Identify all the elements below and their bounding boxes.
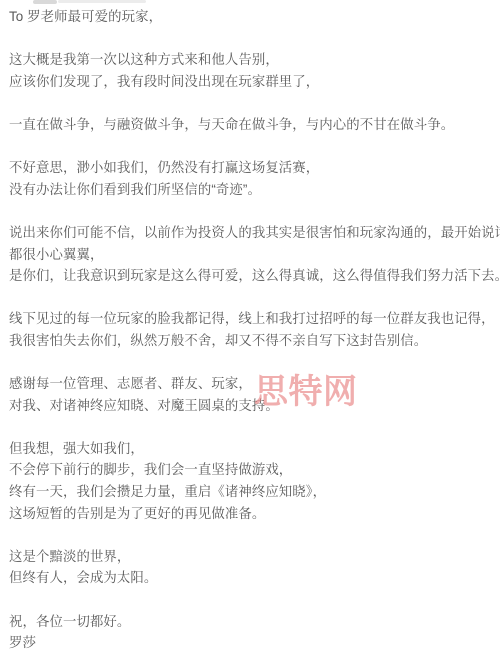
text-line: 终有一天，我们会攒足力量，重启《诸神终应知晓》， bbox=[9, 481, 497, 503]
text-line: 这场短暂的告别是为了更好的再见做准备。 bbox=[9, 503, 497, 525]
paragraph: 祝，各位一切都好。罗莎 bbox=[9, 611, 497, 654]
paragraph: 说出来你们可能不信，以前作为投资人的我其实是很害怕和玩家沟通的，最开始说话都很小… bbox=[9, 222, 497, 287]
paragraph: 不好意思，渺小如我们，仍然没有打赢这场复活赛，没有办法让你们看到我们所坚信的“奇… bbox=[9, 157, 497, 200]
paragraph: 但我想，强大如我们，不会停下前行的脚步，我们会一直坚持做游戏，终有一天，我们会攒… bbox=[9, 438, 497, 524]
text-line: 这是个黯淡的世界， bbox=[9, 546, 497, 568]
paragraph: 一直在做斗争，与融资做斗争，与天命在做斗争，与内心的不甘在做斗争。 bbox=[9, 114, 497, 136]
paragraph: To 罗老师最可爱的玩家， bbox=[9, 6, 497, 28]
text-line: 没有办法让你们看到我们所坚信的“奇迹”。 bbox=[9, 179, 497, 201]
letter-page: To 罗老师最可爱的玩家，这大概是我第一次以这种方式来和他人告别，应该你们发现了… bbox=[0, 0, 500, 659]
text-line: 祝，各位一切都好。 bbox=[9, 611, 497, 633]
text-line: 线下见过的每一位玩家的脸我都记得，线上和我打过招呼的每一位群友我也记得， bbox=[9, 308, 497, 330]
text-line: 这大概是我第一次以这种方式来和他人告别， bbox=[9, 49, 497, 71]
text-line: 罗莎 bbox=[9, 632, 497, 654]
text-line: 但我想，强大如我们， bbox=[9, 438, 497, 460]
text-line: 感谢每一位管理、志愿者、群友、玩家， bbox=[9, 373, 497, 395]
text-line: 不会停下前行的脚步，我们会一直坚持做游戏， bbox=[9, 459, 497, 481]
text-line: 应该你们发现了，我有段时间没出现在玩家群里了， bbox=[9, 71, 497, 93]
paragraph: 线下见过的每一位玩家的脸我都记得，线上和我打过招呼的每一位群友我也记得，我很害怕… bbox=[9, 308, 497, 351]
letter-body: To 罗老师最可爱的玩家，这大概是我第一次以这种方式来和他人告别，应该你们发现了… bbox=[9, 6, 497, 654]
paragraph: 这大概是我第一次以这种方式来和他人告别，应该你们发现了，我有段时间没出现在玩家群… bbox=[9, 49, 497, 92]
text-line: 一直在做斗争，与融资做斗争，与天命在做斗争，与内心的不甘在做斗争。 bbox=[9, 114, 497, 136]
text-line: 我很害怕失去你们，纵然万般不舍，却又不得不亲自写下这封告别信。 bbox=[9, 330, 497, 352]
text-line: 但终有人，会成为太阳。 bbox=[9, 567, 497, 589]
cropped-text-artifact bbox=[33, 0, 57, 4]
cropped-text-artifact-faint bbox=[58, 0, 146, 3]
paragraph: 感谢每一位管理、志愿者、群友、玩家，对我、对诸神终应知晓、对魔王圆桌的支持。 bbox=[9, 373, 497, 416]
paragraph: 这是个黯淡的世界，但终有人，会成为太阳。 bbox=[9, 546, 497, 589]
text-line: 不好意思，渺小如我们，仍然没有打赢这场复活赛， bbox=[9, 157, 497, 179]
text-line: 说出来你们可能不信，以前作为投资人的我其实是很害怕和玩家沟通的，最开始说话 bbox=[9, 222, 497, 244]
text-line: To 罗老师最可爱的玩家， bbox=[9, 6, 497, 28]
text-line: 都很小心翼翼， bbox=[9, 244, 497, 266]
text-line: 对我、对诸神终应知晓、对魔王圆桌的支持。 bbox=[9, 395, 497, 417]
text-line: 是你们，让我意识到玩家是这么得可爱，这么得真诚，这么得值得我们努力活下去。 bbox=[9, 265, 497, 287]
